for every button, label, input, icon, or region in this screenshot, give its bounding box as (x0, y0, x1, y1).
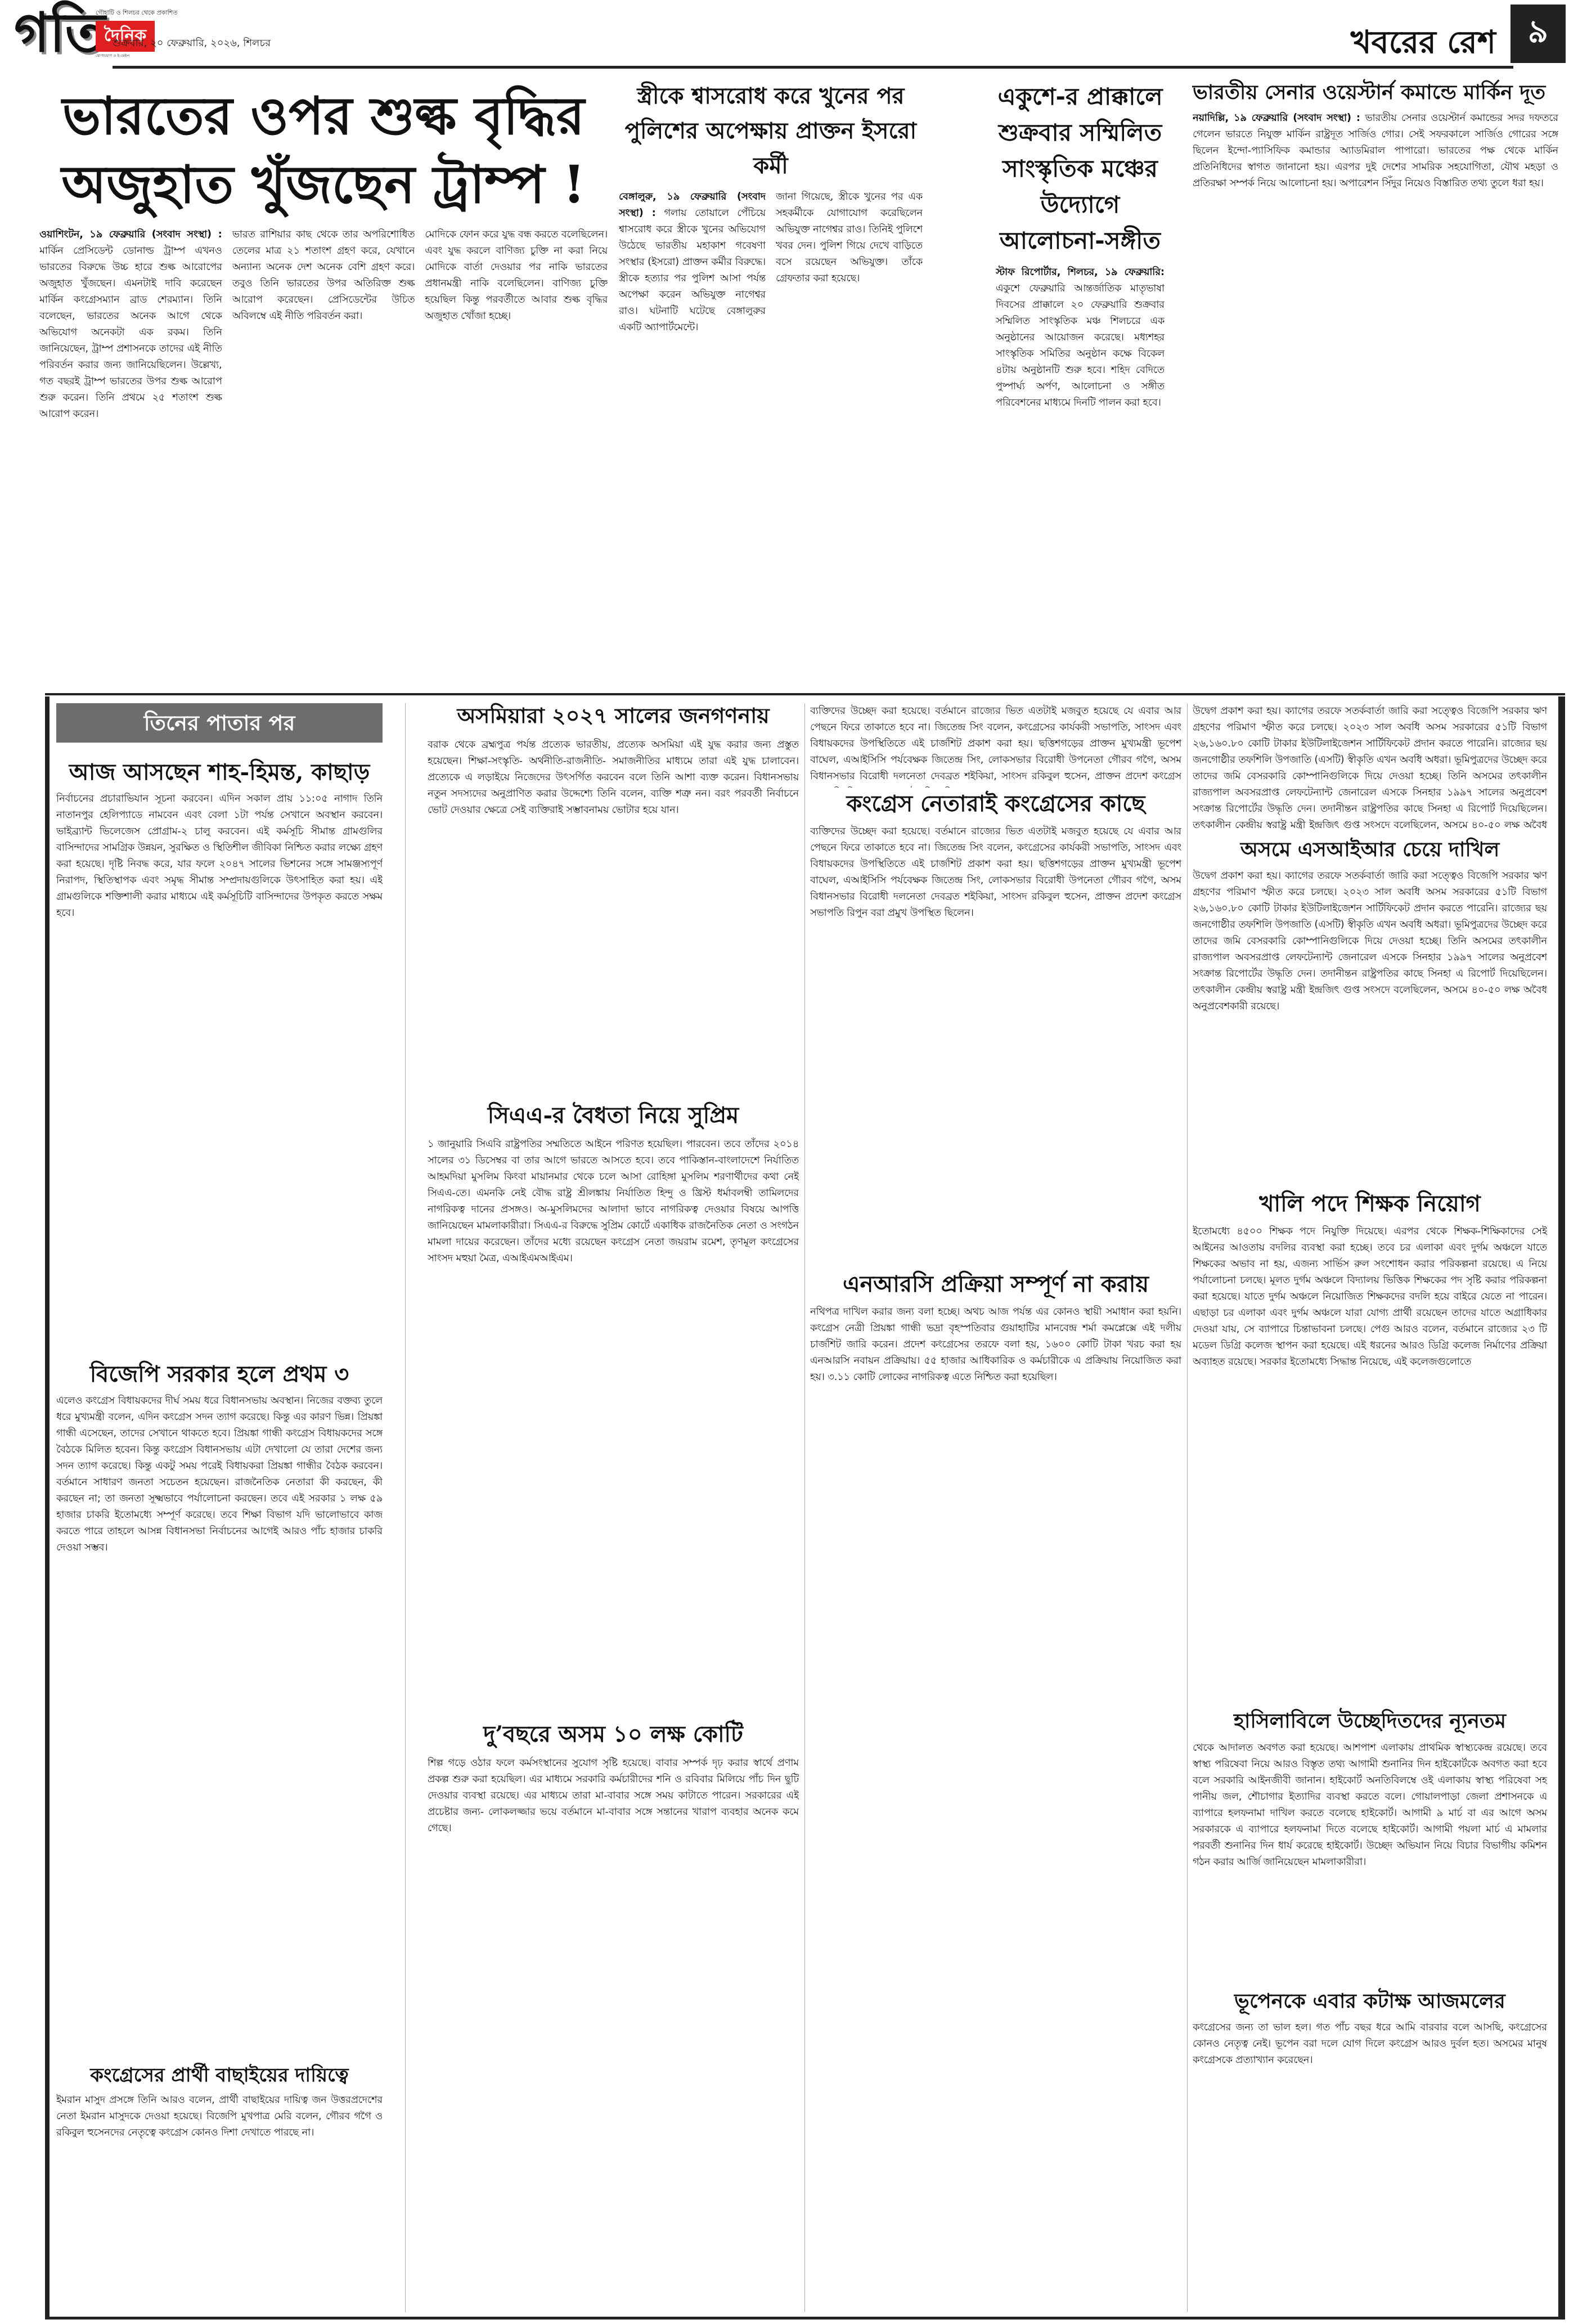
paragraph: ভারতীয় সেনার ওয়েস্টার্ন কমান্ডের সদর দ… (1193, 113, 1558, 189)
headline: আজ আসছেন শাহ-হিমন্ত, কাছাড় (56, 759, 383, 785)
headline: দু’বছরে অসম ১০ লক্ষ কোটি (428, 1721, 799, 1747)
dateline: স্টাফ রিপোর্টার, শিলচর, ১৯ ফেব্রুয়ারি: (996, 267, 1165, 278)
article-body: ইতোমধ্যে ৪৫০০ শিক্ষক পদে নিযুক্তি দিয়েছ… (1193, 1224, 1547, 1702)
headline: কংগ্রেসের প্রার্থী বাছাইয়ের দায়িত্বে (56, 2065, 383, 2087)
article-body: উদ্বেগ প্রকাশ করা হয়। ক্যাগের তরফে সতর্… (1193, 868, 1547, 1183)
article-body: স্টাফ রিপোর্টার, শিলচর, ১৯ ফেব্রুয়ারি: … (996, 264, 1165, 579)
dateline: ওয়াশিংটন, ১৯ ফেব্রুয়ারি (সংবাদ সংস্থা)… (39, 229, 222, 240)
headline: একুশে-র প্রাক্কালে শুক্রবার সম্মিলিত সাং… (996, 79, 1165, 259)
article-body: ১ জানুয়ারি সিএবি রাষ্ট্রপতির সম্মতিতে আ… (428, 1136, 799, 1710)
frame-border-left (45, 696, 50, 2317)
story-us-envoy: ভারতীয় সেনার ওয়েস্টার্ন কমান্ডে মার্কি… (1193, 79, 1558, 686)
story-trump-tariff: ভারতের ওপর শুল্ক বৃদ্ধির অজুহাত খুঁজছেন … (39, 82, 608, 689)
article-body: নির্বাচনের প্রচারাভিযান সূচনা করবেন। এদি… (56, 791, 383, 1354)
lower-column-4: উদ্বেগ প্রকাশ করা হয়। ক্যাগের তরফে সতর্… (1193, 703, 1547, 2312)
article-body: থেকে আদালত অবগত করা হয়েছে। আশপাশ এলাকায… (1193, 1740, 1547, 1982)
article-body: বরাক থেকে ব্রহ্মপুত্র পর্যন্ত প্রত্যেক ভ… (428, 737, 799, 1086)
headline: হাসিলাবিলে উচ্ছেদিতদের ন্যূনতম (1193, 1710, 1547, 1733)
headline: ভারতীয় সেনার ওয়েস্টার্ন কমান্ডে মার্কি… (1193, 79, 1558, 106)
frame-border-top (45, 693, 1565, 695)
article-continued: ব্যক্তিদের উচ্ছেদ করা হয়েছে। বর্তমানে র… (810, 703, 1181, 788)
frame-border-bottom (45, 2317, 1565, 2319)
article-body: এলেও কংগ্রেস বিধায়কদের দীর্ঘ সময় ধরে ব… (56, 1393, 383, 2057)
continued-from-page-three-label: তিনের পাতার পর (56, 703, 383, 743)
article-body: নথিপত্র দাখিল করার জন্য বলা হচ্ছে। অথচ আ… (810, 1304, 1181, 2260)
column-divider (804, 703, 805, 2312)
headline: সিএএ-র বৈধতা নিয়ে সুপ্রিম (428, 1103, 799, 1129)
issue-date: শুক্রবার, ২০ ফেব্রুয়ারি, ২০২৬, শিলচর (113, 35, 271, 52)
page-number: ৯ (1510, 5, 1566, 63)
frame-border-right (1558, 696, 1565, 2317)
paragraph: একুশে ফেব্রুয়ারি আন্তর্জাতিক মাতৃভাষা দ… (996, 283, 1165, 408)
article-body: ব্যক্তিদের উচ্ছেদ করা হয়েছে। বর্তমানে র… (810, 824, 1181, 1262)
headline: ভারতের ওপর শুল্ক বৃদ্ধির অজুহাত খুঁজছেন … (39, 82, 608, 219)
column-divider (1187, 703, 1188, 2312)
column-divider (405, 703, 406, 2312)
paragraph: মোদিকে ফোন করে যুদ্ধ বন্ধ করতে বলেছিলেন।… (425, 227, 608, 666)
paragraph: ভারত রাশিয়ার কাছ থেকে তার অপরিশোধিত তেল… (232, 227, 415, 666)
headline: খালি পদে শিক্ষক নিয়োগ (1193, 1191, 1547, 1217)
headline: বিজেপি সরকার হলে প্রথম ৩ (56, 1361, 383, 1387)
masthead-rule (113, 66, 1513, 69)
lower-column-1: তিনের পাতার পর আজ আসছেন শাহ-হিমন্ত, কাছা… (56, 703, 383, 2312)
logo-tagline: গৌহাটি ও শিলচর থেকে প্রকাশিত (96, 8, 155, 19)
article-body: কংগ্রেসের জন্য তা ভাল হল। গত পাঁচ বছর ধর… (1193, 2020, 1547, 2143)
article-body: শিল্প গড়ে ওঠার ফলে কর্মসংস্থানের সুযোগ … (428, 1755, 799, 2239)
article-body: নয়াদিল্লি, ১৯ ফেব্রুয়ারি (সংবাদ সংস্থা… (1193, 110, 1558, 678)
headline: অসমে এসআইআর চেয়ে দাখিল (1193, 838, 1547, 861)
dateline: নয়াদিল্লি, ১৯ ফেব্রুয়ারি (সংবাদ সংস্থা… (1193, 113, 1360, 124)
paragraph: গলায় তোয়ালে পেঁচিয়ে শ্বাসরোধ করে স্ত্… (619, 208, 766, 333)
article-continued: উদ্বেগ প্রকাশ করা হয়। ক্যাগের তরফে সতর্… (1193, 703, 1547, 833)
paragraph: মার্কিন প্রেসিডেন্ট ডোনাল্ড ট্রাম্প এখনও… (39, 245, 222, 420)
article-body: বেঙ্গালুরু, ১৯ ফেব্রুয়ারি (সংবাদ সংস্থা… (619, 189, 923, 718)
headline: এনআরসি প্রক্রিয়া সম্পূর্ণ না করায় (810, 1271, 1181, 1297)
headline: স্ত্রীকে শ্বাসরোধ করে খুনের পর পুলিশের অ… (619, 79, 923, 183)
article-body: ওয়াশিংটন, ১৯ ফেব্রুয়ারি (সংবাদ সংস্থা)… (39, 227, 608, 666)
story-isro-murder: স্ত্রীকে শ্বাসরোধ করে খুনের পর পুলিশের অ… (619, 79, 923, 686)
paragraph: জানা গিয়েছে, স্ত্রীকে খুনের পর এক সহকর্… (776, 189, 923, 718)
headline: কংগ্রেস নেতারাই কংগ্রেসের কাছে (810, 791, 1181, 817)
logo-contact: যোগাযোগ ও ই-মেইল (96, 53, 155, 59)
section-title: খবরের রেশ (1351, 18, 1496, 71)
lower-column-2: অসমিয়ারা ২০২৭ সালের জনগণনায় বরাক থেকে … (428, 703, 799, 2312)
story-ekushe-event: একুশে-র প্রাক্কালে শুক্রবার সম্মিলিত সাং… (996, 79, 1165, 686)
article-body: ইমরান মাসুদ প্রসঙ্গে তিনি আরও বলেন, প্রা… (56, 2092, 383, 2272)
lower-column-3: ব্যক্তিদের উচ্ছেদ করা হয়েছে। বর্তমানে র… (810, 703, 1181, 2312)
headline: অসমিয়ারা ২০২৭ সালের জনগণনায় (428, 703, 799, 728)
newspaper-logo: গতি (14, 5, 93, 61)
headline: ভূপেনকে এবার কটাক্ষ আজমলের (1193, 1990, 1547, 2013)
